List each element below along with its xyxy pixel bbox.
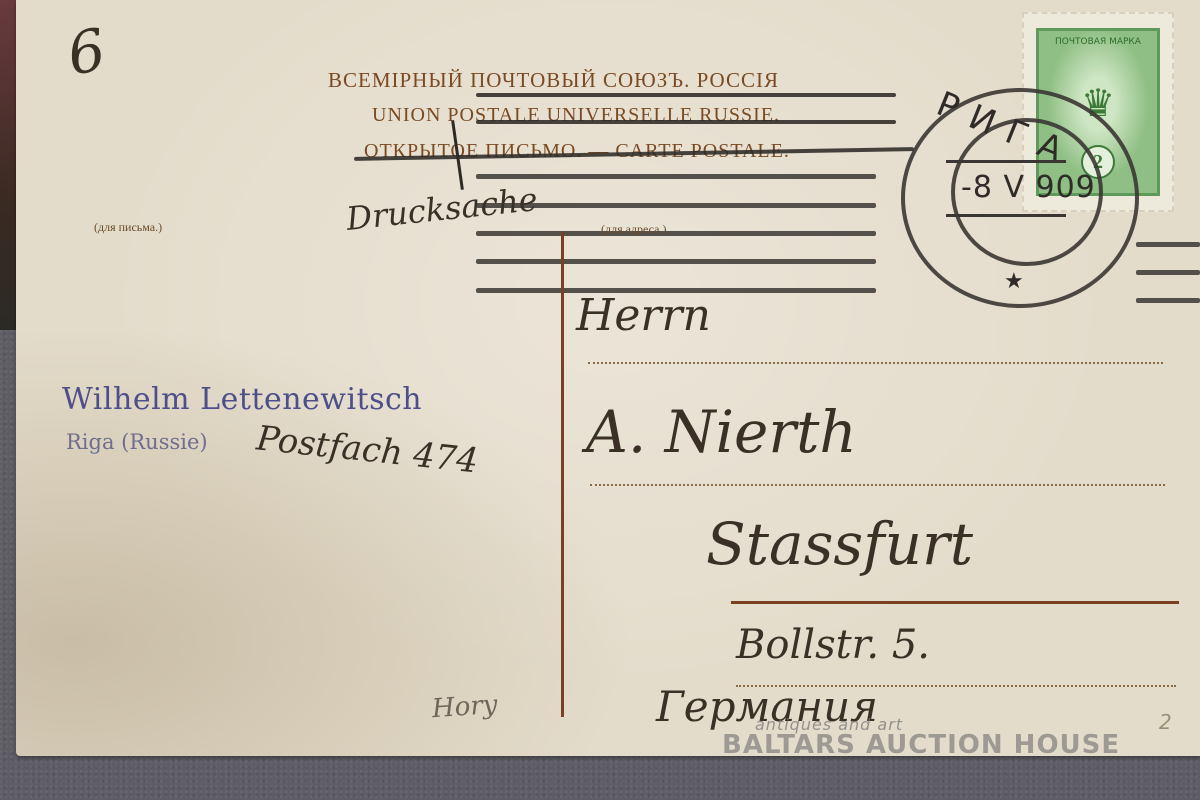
header-line-1: ВСЕМІРНЫЙ ПОЧТОВЫЙ СОЮЗЪ. РОССІЯ [328,68,779,93]
stamp-top-text: ПОЧТОВАЯ МАРКА [1039,37,1157,47]
postmark-date: -8 V 909 [961,170,1096,205]
background-edge [0,0,16,330]
cancel-bar [476,174,876,179]
address-side-label: (для адреса.) [601,222,666,237]
message-side-label: (для письма.) [94,220,162,235]
star-icon: ★ [1004,268,1024,294]
cancel-bar [476,231,876,236]
watermark-brand: BALTARS AUCTION HOUSE [722,730,1120,760]
handwritten-printed-matter: Drucksache [345,180,540,238]
cancel-bar [1136,298,1200,303]
recipient-name: A. Nierth [586,398,857,466]
strikethrough-line [476,93,896,97]
strikethrough-line [476,120,896,124]
vertical-divider [561,232,564,717]
postcard: 6 ВСЕМІРНЫЙ ПОЧТОВЫЙ СОЮЗЪ. РОССІЯ UNION… [16,0,1200,756]
cancel-bar [1136,270,1200,275]
recipient-city: Stassfurt [706,510,973,578]
corner-mark: 6 [62,15,110,88]
recipient-street: Bollstr. 5. [736,622,930,668]
cancel-bar [476,259,876,264]
sender-city: Riga (Russie) [66,430,208,454]
pencil-note: Hory [431,690,498,724]
postmark-bar [946,160,1066,163]
cancel-bar [1136,242,1200,247]
recipient-salutation: Herrn [576,290,711,341]
page-number: 2 [1159,710,1172,734]
handwritten-po-box: Postfach 474 [255,418,481,481]
postmark-bar [946,214,1066,217]
address-line [590,484,1165,486]
city-underline [731,601,1179,604]
sender-name: Wilhelm Lettenewitsch [62,382,422,417]
address-line [588,362,1163,364]
